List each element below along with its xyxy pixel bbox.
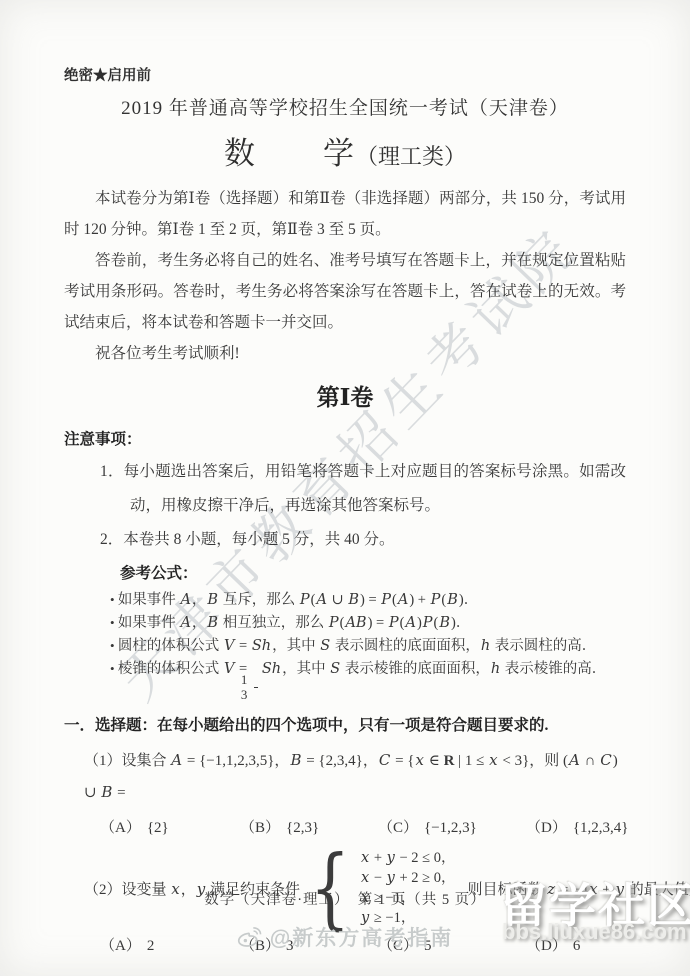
constraint-2: x − y + 2 ≥ 0， (360, 868, 455, 888)
weibo-icon (237, 926, 263, 948)
exam-title: 2019 年普通高等学校招生全国统一考试（天津卷） (64, 93, 626, 120)
liuxue-stamp-watermark: 留学社区 bbs.liuxue86.com (500, 882, 690, 943)
q1-option-a: （A）{2} (100, 814, 240, 843)
question-1-options: （A）{2} （B）{2,3} （C）{−1,2,3} （D）{1,2,3,4} (100, 814, 626, 843)
formula-mutually-exclusive: 如果事件 A，B 互斥，那么 P(A ∪ B) = P(A) + P(B)． (110, 589, 626, 612)
subject-title: 数 学（理工类） (64, 128, 626, 173)
intro-paragraph-answering: 答卷前，考生务必将自己的姓名、准考号填写在答题卡上，并在规定位置粘贴考试用条形码… (64, 245, 626, 338)
subject-main: 数 学 (224, 136, 356, 171)
stamp-url: bbs.liuxue86.com (500, 921, 690, 943)
formula-pyramid-volume: 棱锥的体积公式 V = 13Sh，其中 S 表示棱锥的底面面积，h 表示棱锥的高… (110, 658, 626, 701)
intro-paragraph-structure: 本试卷分为第Ⅰ卷（选择题）和第Ⅱ卷（非选择题）两部分，共 150 分，考试用时 … (64, 183, 626, 245)
choice-section-heading: 一．选择题：在每小题给出的四个选项中，只有一项是符合题目要求的. (64, 710, 626, 741)
reference-formulas-heading: 参考公式： (120, 559, 626, 588)
exam-paper-page: 天津市教育招生考试院 绝密★启用前 2019 年普通高等学校招生全国统一考试（天… (0, 0, 690, 976)
formula-independent-events: 如果事件 A，B 相互独立，那么 P(AB) = P(A)P(B)． (110, 612, 626, 635)
intro-wish-line: 祝各位考生考试顺利! (64, 338, 626, 369)
subject-suffix: （理工类） (356, 144, 466, 169)
q2-option-a: （A）2 (100, 932, 240, 961)
q1-option-c: （C）{−1,2,3} (378, 814, 526, 843)
formula-cylinder-volume: 圆柱的体积公式 V = Sh，其中 S 表示圆柱的底面面积，h 表示圆柱的高． (110, 635, 626, 658)
weibo-watermark: @新东方高考指南 (237, 922, 453, 952)
section-1-title: 第Ⅰ卷 (64, 379, 626, 412)
q1-option-d: （D）{1,2,3,4} (526, 814, 629, 843)
note-item-2: 2．本卷共 8 小题，每小题 5 分，共 40 分。 (100, 523, 626, 557)
constraint-1: x + y − 2 ≤ 0， (360, 848, 455, 868)
weibo-watermark-text: @新东方高考指南 (270, 922, 453, 952)
question-1-stem: （1）设集合 A = {−1,1,2,3,5}，B = {2,3,4}，C = … (84, 745, 626, 810)
notes-heading: 注意事项： (64, 424, 626, 455)
secrecy-label: 绝密★启用前 (64, 64, 626, 85)
page-content: 绝密★启用前 2019 年普通高等学校招生全国统一考试（天津卷） 数 学（理工类… (0, 0, 690, 961)
note-item-1: 1．每小题选出答案后，用铅笔将答题卡上对应题目的答案标号涂黑。如需改动，用橡皮擦… (100, 455, 626, 523)
